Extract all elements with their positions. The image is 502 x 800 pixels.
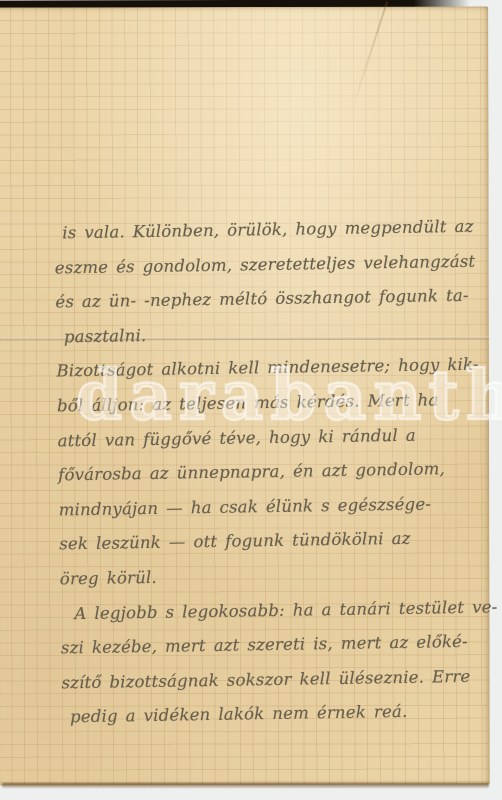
paper-sheet: is vala. Különben, örülök, hogy megpendü…: [0, 6, 490, 785]
handwriting-block: is vala. Különben, örülök, hogy megpendü…: [54, 209, 497, 735]
handwritten-line: ből álljon: az teljesen más kérdés. Mert…: [57, 382, 492, 424]
paper-bottom-edge-shadow: [2, 783, 489, 788]
handwritten-line: pedig a vidéken lakók nem érnek reá.: [62, 694, 497, 736]
handwritten-line: és az ün- -nephez méltó összhangot fogun…: [55, 279, 490, 321]
handwritten-line: szítő bizottságnak sokszor kell ülésezni…: [61, 659, 496, 701]
scanned-letter-page: is vala. Különben, örülök, hogy megpendü…: [0, 0, 502, 800]
fold-crease-diagonal: [352, 1, 388, 106]
